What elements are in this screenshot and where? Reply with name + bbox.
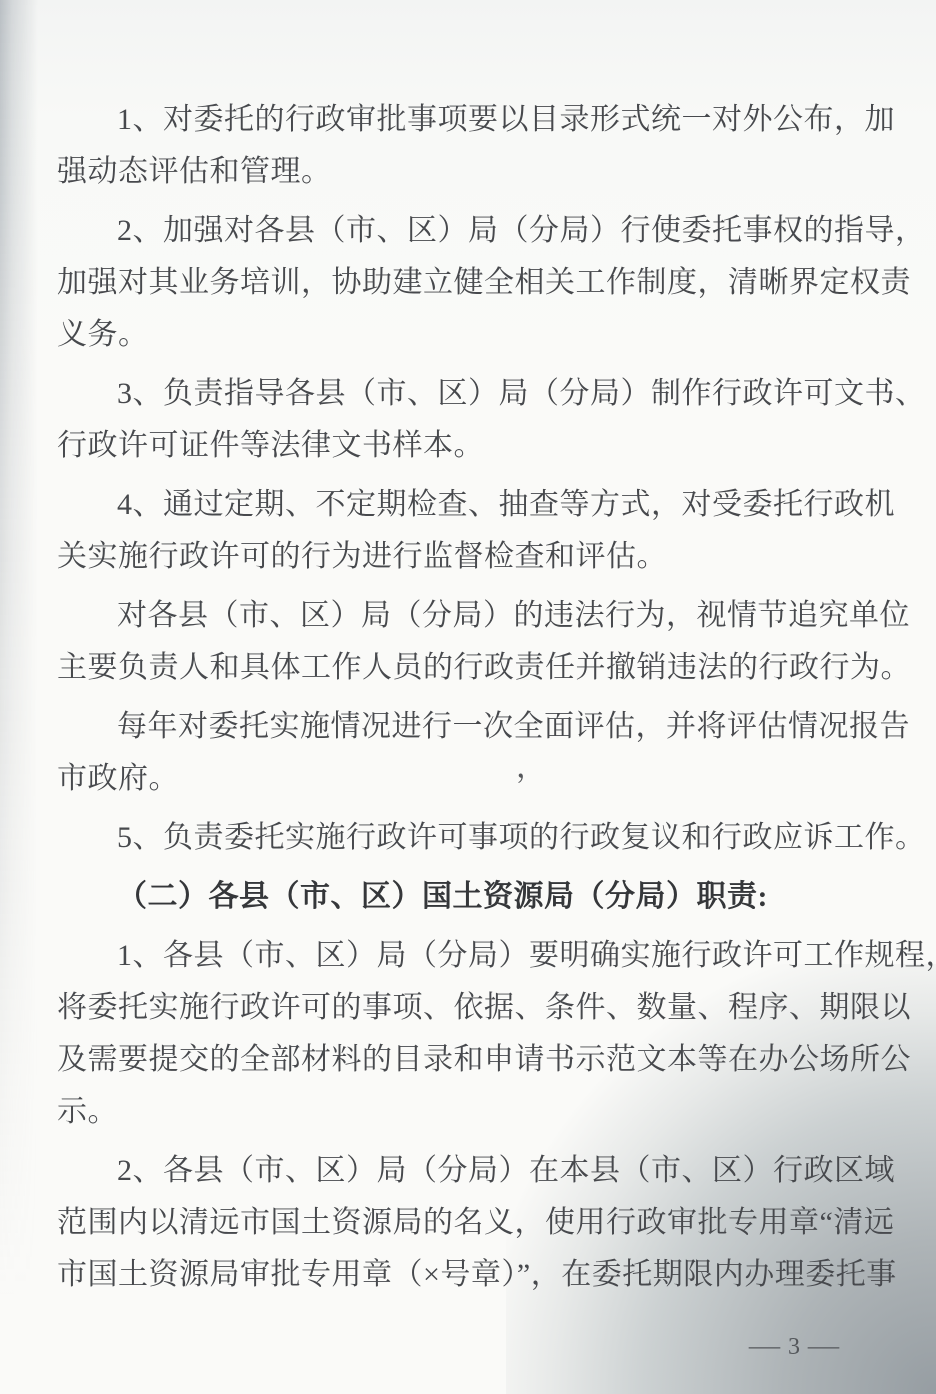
document-paragraph-6: 每年对委托实施情况进行一次全面评估，并将评估情况报告 市政府。 (57, 701, 909, 805)
footer-page-number: 3 (788, 1330, 800, 1364)
footer-dash-right: — (808, 1330, 839, 1364)
document-paragraph-3: 3、负责指导各县（市、区）局（分局）制作行政许可文书、 行政许可证件等法律文书样… (57, 368, 909, 472)
page-number: — 3 — (752, 1330, 836, 1364)
scanned-document-page: 1、对委托的行政审批事项要以目录形式统一对外公布，加 强动态评估和管理。 2、加… (0, 0, 936, 1394)
document-paragraph-5: 对各县（市、区）局（分局）的违法行为，视情节追究单位 主要负责人和具体工作人员的… (57, 590, 909, 694)
document-paragraph-2: 2、加强对各县（市、区）局（分局）行使委托事权的指导， 加强对其业务培训，协助建… (57, 205, 909, 361)
footer-dash-left: — (749, 1330, 780, 1364)
section-heading: （二）各县（市、区）国土资源局（分局）职责: (57, 871, 909, 923)
scan-left-edge-shadow (0, 0, 38, 1394)
document-paragraph-4: 4、通过定期、不定期检查、抽查等方式，对受委托行政机 关实施行政许可的行为进行监… (57, 479, 909, 583)
document-body: 1、对委托的行政审批事项要以目录形式统一对外公布，加 强动态评估和管理。 2、加… (57, 94, 909, 1308)
stray-comma-mark: ， (516, 742, 546, 794)
document-paragraph-7: 5、负责委托实施行政许可事项的行政复议和行政应诉工作。 (57, 812, 909, 864)
document-paragraph-9: 2、各县（市、区）局（分局）在本县（市、区）行政区域 范围内以清远市国土资源局的… (57, 1145, 909, 1301)
document-paragraph-1: 1、对委托的行政审批事项要以目录形式统一对外公布，加 强动态评估和管理。 (57, 94, 909, 198)
document-paragraph-8: 1、各县（市、区）局（分局）要明确实施行政许可工作规程， 将委托实施行政许可的事… (57, 930, 909, 1138)
